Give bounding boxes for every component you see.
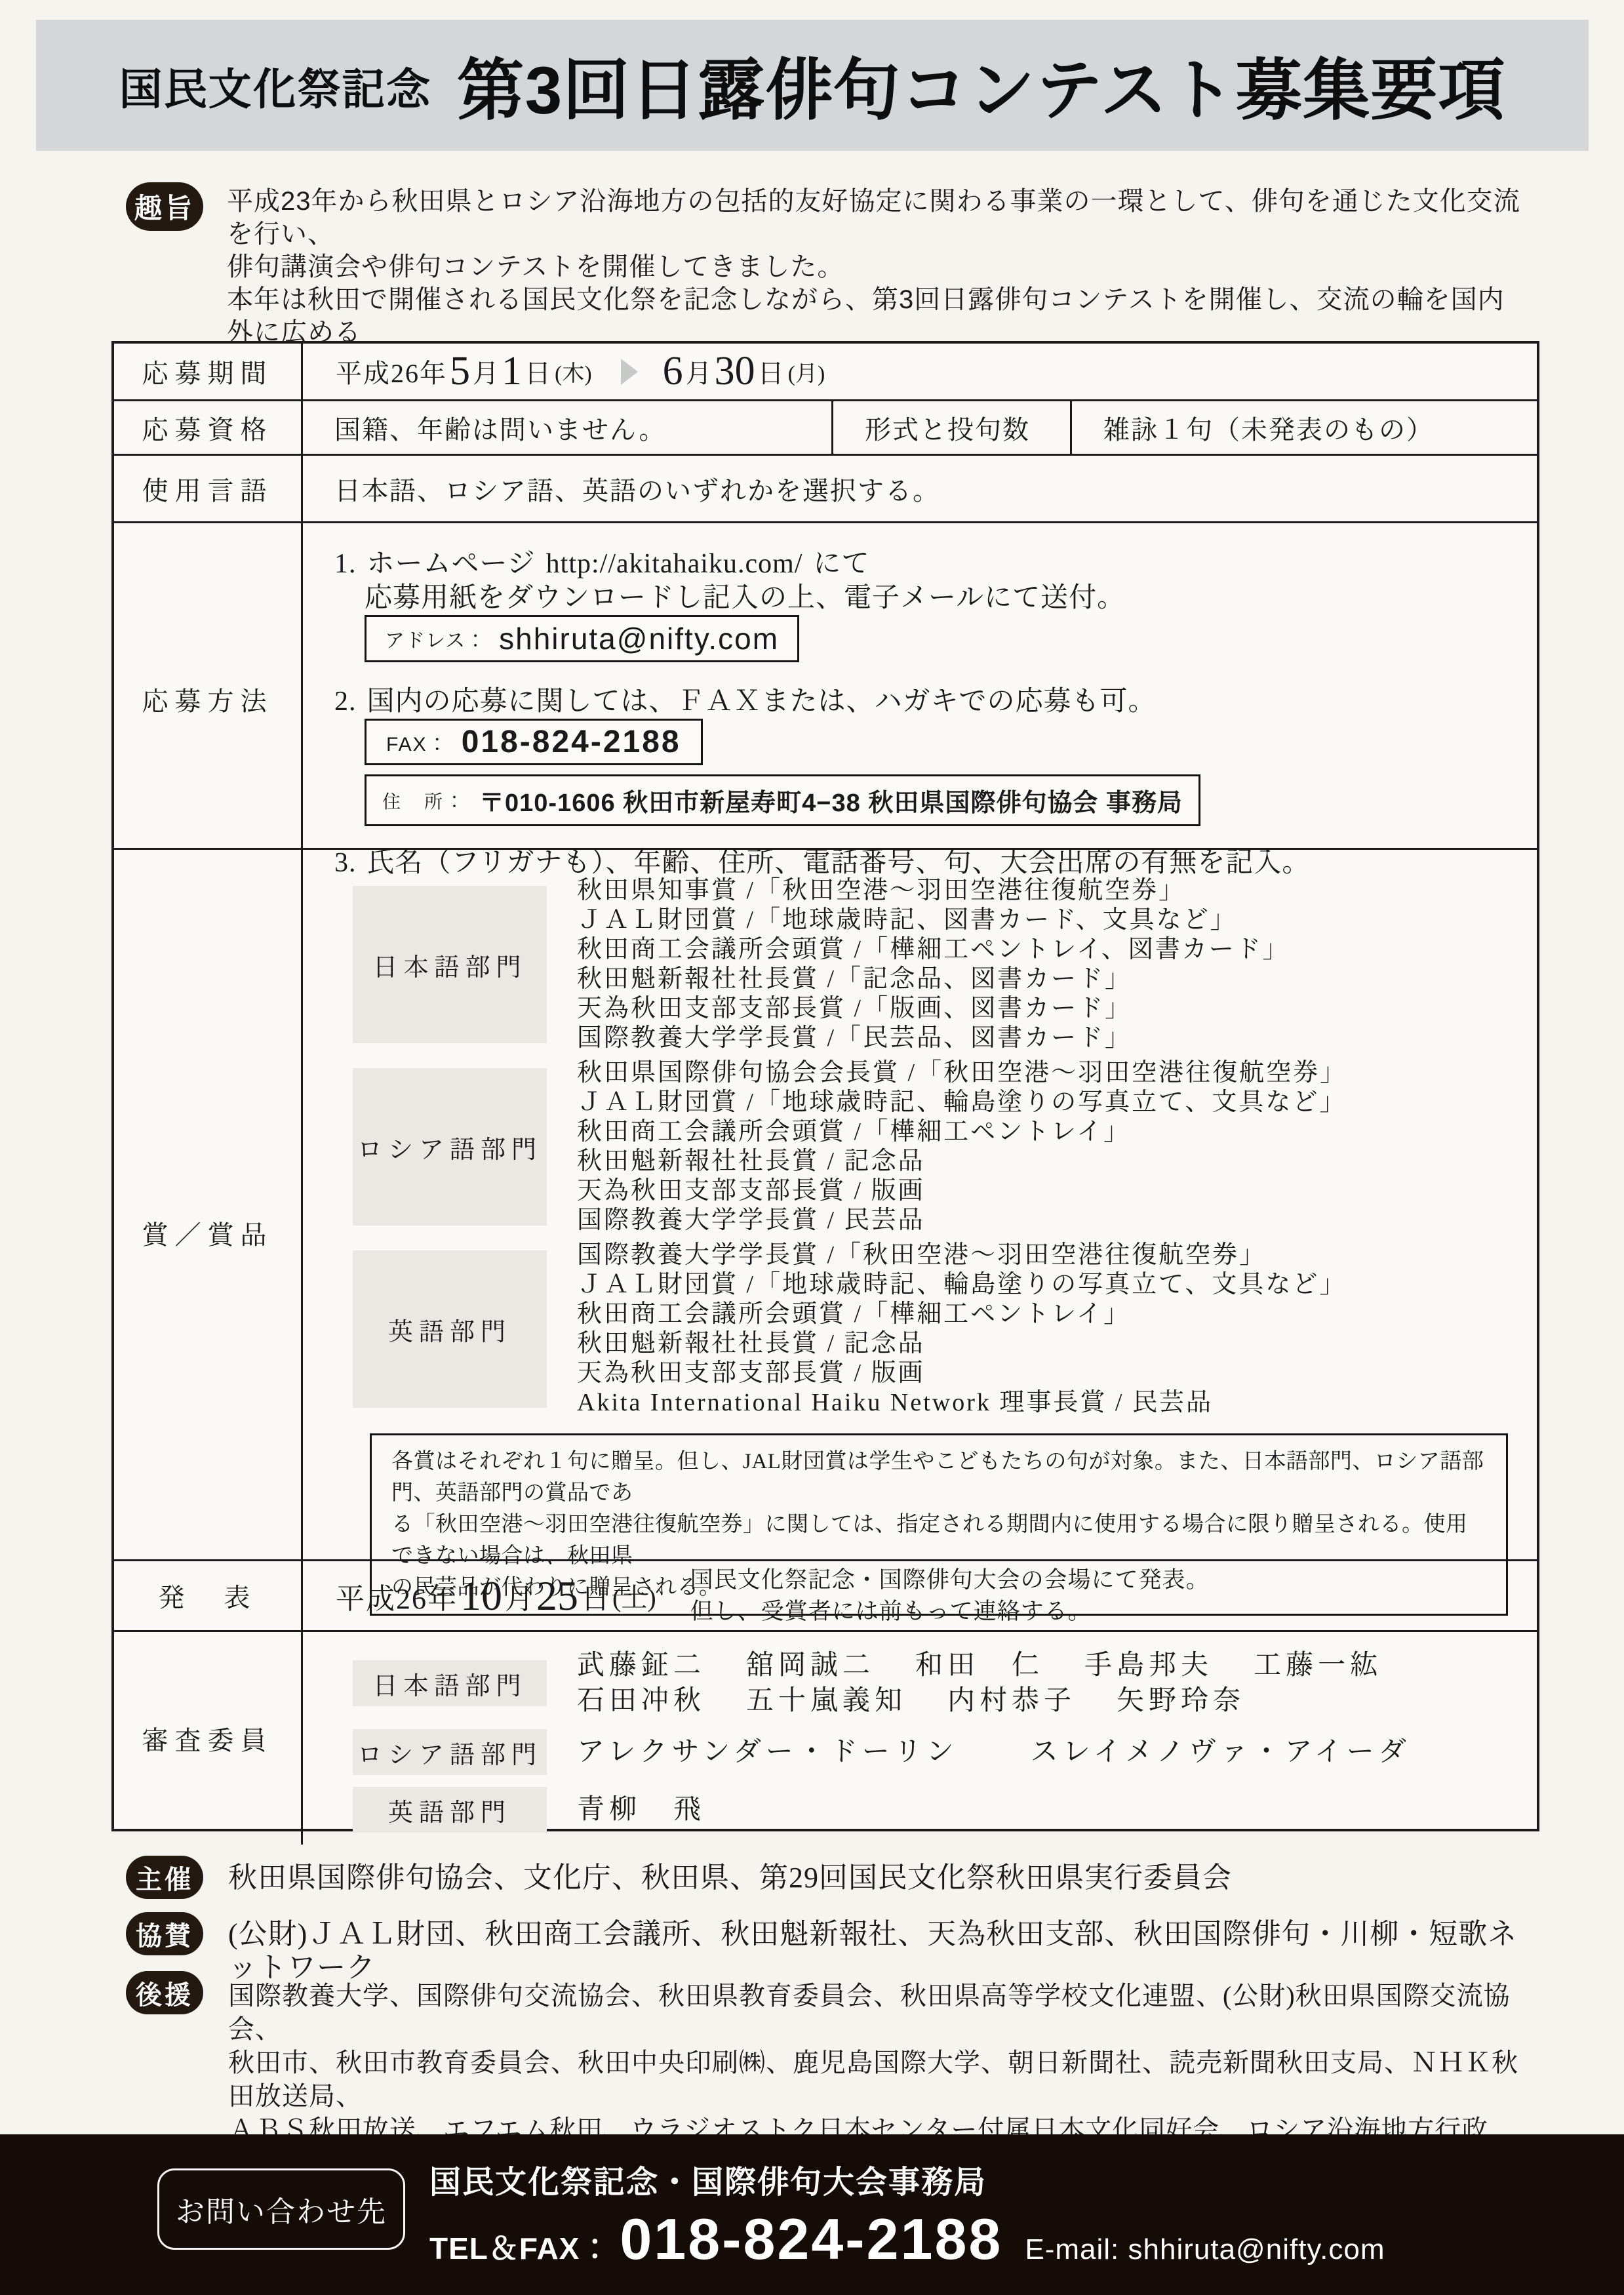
judge-names-row: 石田冲秋 五十嵐義知 内村恭子 矢野玲奈 <box>577 1685 1382 1717</box>
row-application-method: 応募方法 1. ホームページ http://akitahaiku.com/ にて… <box>114 521 1537 848</box>
prize-item: 天為秋田支部支部長賞 /「版画、図書カード」 <box>577 994 1290 1024</box>
application-info-table: 応募期間 平成26年 5 月 1 日 (木) 6 月 30 日 (月) 応募資格… <box>111 341 1539 1831</box>
prize-item: ＪＡＬ財団賞 /「地球歳時記、図書カード、文具など」 <box>577 906 1290 935</box>
format-count-value: 雑詠１句（未発表のもの） <box>1070 401 1537 454</box>
prize-list: 国際教養大学学長賞 /「秋田空港〜羽田空港往復航空券」 ＪＡＬ財団賞 /「地球歳… <box>577 1241 1346 1418</box>
email-address-box: アドレス： shhiruta@nifty.com <box>365 615 799 662</box>
prize-item: 国際教養大学学長賞 / 民芸品 <box>577 1206 1347 1235</box>
judge-names-row: 青柳 飛 <box>577 1793 705 1826</box>
judge-names-row: アレクサンダー・ドーリン スレイメノヴァ・アイーダ <box>577 1736 1411 1768</box>
prize-item: 秋田商工会議所会頭賞 /「樺細工ペントレイ」 <box>577 1117 1347 1147</box>
prize-group-japanese: 日本語部門 秋田県知事賞 /「秋田空港〜羽田空港往復航空券」 ＪＡＬ財団賞 /「… <box>303 876 1537 1053</box>
judge-group-russian: ロシア語部門 アレクサンダー・ドーリン スレイメノヴァ・アイーダ <box>303 1729 1537 1775</box>
footer-contact-bar: お問い合わせ先 国民文化祭記念・国際俳句大会事務局 TEL＆FAX： 018-8… <box>0 2134 1624 2295</box>
row-judges: 審査委員 日本語部門 武藤鉦二 舘岡誠二 和田 仁 手島邦夫 工藤一紘 石田冲秋… <box>114 1630 1537 1829</box>
telfax-label: TEL＆FAX： <box>429 2225 610 2268</box>
fax-value: 018-824-2188 <box>462 724 681 760</box>
language-value: 日本語、ロシア語、英語のいずれかを選択する。 <box>303 470 940 508</box>
section-label: 英語部門 <box>353 1250 547 1408</box>
method-step2: 2. 国内の応募に関しては、ＦＡＸまたは、ハガキでの応募も可。 <box>334 679 1537 708</box>
method-step1: 1. ホームページ http://akitahaiku.com/ にて <box>334 542 1537 570</box>
postal-label: 住 所： <box>382 788 466 814</box>
announcement-notes: 国民文化祭記念・国際俳句大会の会場にて発表。 但し、受賞者には前もって連絡する。 <box>690 1565 1210 1627</box>
fax-box: FAX： 018-824-2188 <box>365 719 703 765</box>
row-language: 使用言語 日本語、ロシア語、英語のいずれかを選択する。 <box>114 454 1537 521</box>
row-label: 使用言語 <box>114 456 303 521</box>
prize-item: 国際教養大学学長賞 /「民芸品、図書カード」 <box>577 1024 1290 1053</box>
prize-item: ＪＡＬ財団賞 /「地球歳時記、輪島塗りの写真立て、文具など」 <box>577 1270 1346 1300</box>
row-label: 審査委員 <box>114 1632 303 1845</box>
prize-item: 天為秋田支部支部長賞 / 版画 <box>577 1176 1347 1206</box>
prize-item: Akita International Haiku Network 理事長賞 /… <box>577 1388 1346 1418</box>
title-subtitle: 国民文化祭記念 <box>119 54 431 117</box>
row-announcement: 発 表 平成26年 10 月 25 日 (土) 国民文化祭記念・国際俳句大会の会… <box>114 1559 1537 1630</box>
method-step1-line2: 応募用紙をダウンロードし記入の上、電子メールにて送付。 <box>365 576 1537 605</box>
row-prizes: 賞／賞品 日本語部門 秋田県知事賞 /「秋田空港〜羽田空港往復航空券」 ＪＡＬ財… <box>114 848 1537 1559</box>
row-label: 応募方法 <box>114 523 303 875</box>
purpose-line: 本年は秋田で開催される国民文化祭を記念しながら、第3回日露俳句コンテストを開催し… <box>227 283 1522 349</box>
prize-group-english: 英語部門 国際教養大学学長賞 /「秋田空港〜羽田空港往復航空券」 ＪＡＬ財団賞 … <box>303 1241 1537 1418</box>
date-range-arrow-icon <box>621 359 638 385</box>
sponsor-badge: 協賛 <box>126 1912 203 1955</box>
prize-group-russian: ロシア語部門 秋田県国際俳句協会会長賞 /「秋田空港〜羽田空港往復航空券」 ＪＡ… <box>303 1058 1537 1235</box>
telfax-number: 018-824-2188 <box>620 2206 1002 2273</box>
section-label: ロシア語部門 <box>353 1729 547 1775</box>
section-label: ロシア語部門 <box>353 1068 547 1226</box>
fax-label: FAX： <box>386 728 448 757</box>
prize-item: 秋田商工会議所会頭賞 /「樺細工ペントレイ、図書カード」 <box>577 935 1290 965</box>
section-label: 日本語部門 <box>353 1660 547 1706</box>
judge-names-row: 武藤鉦二 舘岡誠二 和田 仁 手島邦夫 工藤一紘 <box>577 1649 1382 1682</box>
row-eligibility: 応募資格 国籍、年齢は問いません。 形式と投句数 雑詠１句（未発表のもの） <box>114 399 1537 454</box>
prize-item: 秋田商工会議所会頭賞 /「樺細工ペントレイ」 <box>577 1300 1346 1329</box>
purpose-line: 俳句講演会や俳句コンテストを開催してきました。 <box>227 250 1522 283</box>
application-period-value: 平成26年 5 月 1 日 (木) 6 月 30 日 (月) <box>303 348 825 395</box>
organizer-text: 秋田県国際俳句協会、文化庁、秋田県、第29回国民文化祭秋田県実行委員会 <box>228 1856 1232 1894</box>
organizer-badge: 主催 <box>126 1856 203 1899</box>
address-value: shhiruta@nifty.com <box>499 621 779 656</box>
purpose-line: 平成23年から秋田県とロシア沿海地方の包括的友好協定に関わる事業の一環として、俳… <box>227 185 1522 250</box>
prize-item: 秋田魁新報社社長賞 /「記念品、図書カード」 <box>577 965 1290 994</box>
row-label: 賞／賞品 <box>114 850 303 1616</box>
title-band: 国民文化祭記念 第3回日露俳句コンテスト募集要項 <box>36 20 1589 151</box>
page-title: 第3回日露俳句コンテスト募集要項 <box>458 37 1506 133</box>
prize-item: ＪＡＬ財団賞 /「地球歳時記、輪島塗りの写真立て、文具など」 <box>577 1088 1347 1117</box>
prize-item: 秋田魁新報社社長賞 / 記念品 <box>577 1329 1346 1359</box>
address-label: アドレス： <box>385 624 486 653</box>
section-label: 英語部門 <box>353 1787 547 1833</box>
row-label: 応募資格 <box>114 401 303 454</box>
homepage-url: http://akitahaiku.com/ <box>546 548 803 580</box>
email-contact: E-mail: shhiruta@nifty.com <box>1025 2233 1385 2266</box>
prize-item: 国際教養大学学長賞 /「秋田空港〜羽田空港往復航空券」 <box>577 1241 1346 1270</box>
judge-group-japanese: 日本語部門 武藤鉦二 舘岡誠二 和田 仁 手島邦夫 工藤一紘 石田冲秋 五十嵐義… <box>303 1649 1537 1717</box>
office-name: 国民文化祭記念・国際俳句大会事務局 <box>429 2157 1385 2202</box>
contact-label-box: お問い合わせ先 <box>157 2168 405 2250</box>
prize-list: 秋田県知事賞 /「秋田空港〜羽田空港往復航空券」 ＪＡＬ財団賞 /「地球歳時記、… <box>577 876 1290 1053</box>
prize-item: 秋田魁新報社社長賞 / 記念品 <box>577 1147 1347 1176</box>
purpose-badge: 趣旨 <box>126 182 203 231</box>
organizer-section: 主催 秋田県国際俳句協会、文化庁、秋田県、第29回国民文化祭秋田県実行委員会 <box>126 1856 1542 1899</box>
eligibility-value: 国籍、年齢は問いません。 <box>303 401 831 454</box>
prize-list: 秋田県国際俳句協会会長賞 /「秋田空港〜羽田空港往復航空券」 ＪＡＬ財団賞 /「… <box>577 1058 1347 1235</box>
prize-item: 天為秋田支部支部長賞 / 版画 <box>577 1359 1346 1388</box>
section-label: 日本語部門 <box>353 886 547 1043</box>
row-application-period: 応募期間 平成26年 5 月 1 日 (木) 6 月 30 日 (月) <box>114 344 1537 399</box>
prize-item: 秋田県知事賞 /「秋田空港〜羽田空港往復航空券」 <box>577 876 1290 906</box>
prize-item: 秋田県国際俳句協会会長賞 /「秋田空港〜羽田空港往復航空券」 <box>577 1058 1347 1088</box>
postal-address-box: 住 所： 〒010-1606 秋田市新屋寿町4−38 秋田県国際俳句協会 事務局 <box>365 774 1200 826</box>
postal-value: 〒010-1606 秋田市新屋寿町4−38 秋田県国際俳句協会 事務局 <box>479 782 1183 818</box>
judge-group-english: 英語部門 青柳 飛 <box>303 1787 1537 1833</box>
row-label: 発 表 <box>114 1561 303 1630</box>
row-label: 応募期間 <box>114 344 303 399</box>
supporter-badge: 後援 <box>126 1971 203 2014</box>
format-count-label: 形式と投句数 <box>831 401 1070 454</box>
